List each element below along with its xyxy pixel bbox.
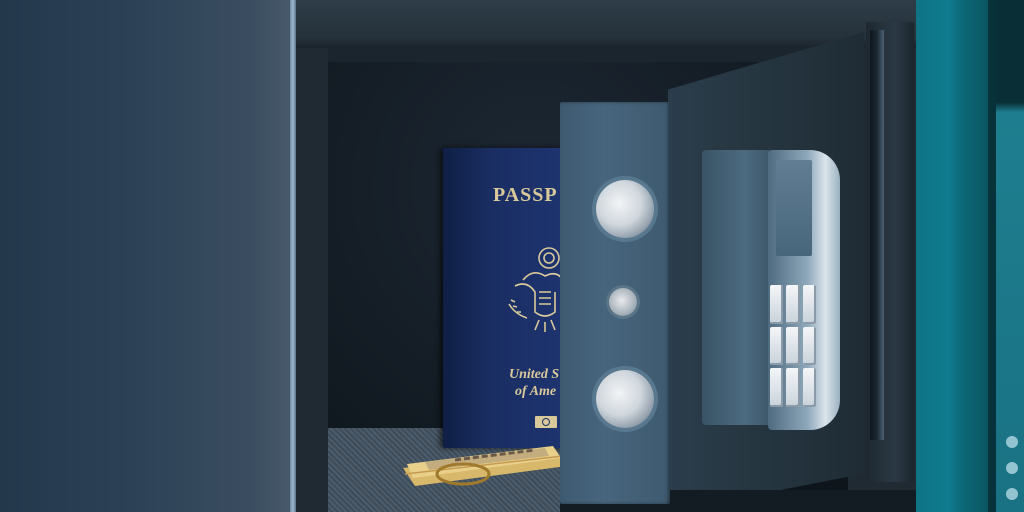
keypad-key[interactable]: [786, 368, 799, 407]
keypad-key[interactable]: [770, 285, 783, 324]
safe-side-wall: [0, 0, 292, 512]
passport-country-line-2: of Ame: [509, 383, 559, 400]
banknote-bundle: [395, 438, 570, 488]
keypad-key[interactable]: [803, 285, 816, 324]
safe-frame-top: [296, 0, 916, 48]
keypad-key[interactable]: [786, 327, 799, 366]
keypad-key[interactable]: [786, 285, 799, 324]
keypad-key[interactable]: [803, 368, 816, 407]
locking-bolt-bottom: [596, 370, 654, 428]
biometric-chip-icon: [535, 416, 557, 428]
photo-scene: PASSP United S of Ame: [0, 0, 1024, 512]
keypad-key[interactable]: [803, 327, 816, 366]
keypad-buttons: [770, 285, 816, 407]
safe-hinge-strip: [870, 30, 884, 440]
keypad-key[interactable]: [770, 368, 783, 407]
passport: PASSP United S of Ame: [443, 148, 565, 448]
safe-interior-lip: [328, 46, 848, 62]
teal-wall-shadow: [988, 0, 996, 512]
keypad-housing: [702, 150, 772, 425]
cabinet-light-dot: [1006, 462, 1018, 474]
keypad-display: [776, 160, 812, 256]
passport-country-line-1: United S: [509, 366, 559, 383]
cabinet-light-dot: [1006, 436, 1018, 448]
locking-bolt-top: [596, 180, 654, 238]
eagle-seal-icon: [505, 240, 565, 340]
keypad-key[interactable]: [770, 327, 783, 366]
cabinet-light-dot: [1006, 488, 1018, 500]
passport-title: PASSP: [493, 184, 558, 207]
override-keyhole[interactable]: [609, 288, 637, 316]
passport-country-text: United S of Ame: [509, 366, 559, 400]
